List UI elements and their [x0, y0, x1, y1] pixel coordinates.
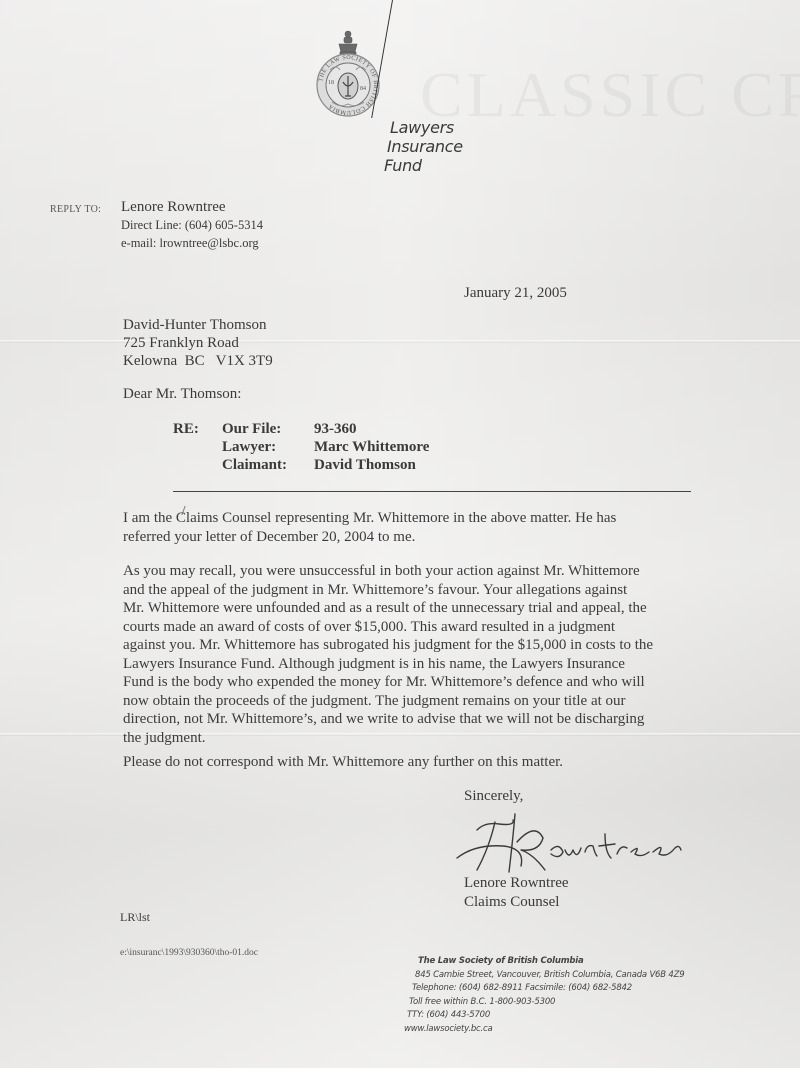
paper-watermark: CLASSIC CREST	[420, 58, 800, 132]
reference-initials: LR\lst	[120, 910, 150, 925]
letterhead-footer: The Law Society of British Columbia 845 …	[404, 955, 684, 1036]
seal-year-right: 84	[360, 86, 366, 92]
re-row: Lawyer: Marc Whittemore	[173, 438, 429, 456]
body-line: direction, not Mr. Whittemore’s, and we …	[123, 710, 800, 729]
reply-to-direct-line: Direct Line: (604) 605-5314	[121, 216, 263, 234]
recipient-street: 725 Franklyn Road	[123, 334, 273, 352]
logo-line: Insurance	[384, 137, 463, 156]
letter-date: January 21, 2005	[464, 285, 567, 302]
footer-address: 845 Cambie Street, Vancouver, British Co…	[404, 969, 684, 983]
body-line: I am the Claims Counsel representing Mr.…	[123, 509, 800, 528]
footer-tty: TTY: (604) 443-5700	[404, 1009, 684, 1023]
body-paragraph-3: Please do not correspond with Mr. Whitte…	[123, 753, 800, 772]
body-line: against you. Mr. Whittemore has subrogat…	[123, 636, 800, 655]
reply-to-email: e-mail: lrowntree@lsbc.org	[121, 234, 263, 252]
re-key: Lawyer:	[222, 438, 314, 456]
body-line: now obtain the proceeds of the judgment.…	[123, 692, 800, 711]
body-line: As you may recall, you were unsuccessful…	[123, 562, 800, 581]
logo-line: Lawyers	[384, 118, 463, 137]
re-tag: RE:	[173, 420, 222, 438]
body-line: Please do not correspond with Mr. Whitte…	[123, 753, 800, 772]
body-line: Fund is the body who expended the money …	[123, 673, 800, 692]
law-society-seal-icon: THE LAW SOCIETY OF BRITISH COLUMBIA 18 8…	[310, 30, 386, 118]
body-line: the judgment.	[123, 729, 800, 748]
signer-block: Lenore Rowntree Claims Counsel	[464, 874, 569, 912]
body-line: referred your letter of December 20, 200…	[123, 528, 800, 547]
re-value: Marc Whittemore	[314, 438, 429, 456]
recipient-address: David-Hunter Thomson 725 Franklyn Road K…	[123, 316, 273, 370]
re-key: Claimant:	[222, 456, 314, 474]
reply-to-label: REPLY TO:	[50, 204, 101, 215]
salutation: Dear Mr. Thomson:	[123, 386, 241, 403]
re-row: Claimant: David Thomson	[173, 456, 429, 474]
re-block: RE: Our File: 93-360 Lawyer: Marc Whitte…	[173, 420, 429, 474]
re-value: David Thomson	[314, 456, 429, 474]
body-line: Mr. Whittemore were unfounded and as a r…	[123, 599, 800, 618]
seal-year-left: 18	[328, 80, 334, 86]
footer-website: www.lawsociety.bc.ca	[404, 1023, 684, 1037]
body-line: courts made an award of costs of over $1…	[123, 618, 800, 637]
signer-name: Lenore Rowntree	[464, 874, 569, 893]
re-row: RE: Our File: 93-360	[173, 420, 429, 438]
footer-toll-free: Toll free within B.C. 1-800-903-5300	[404, 996, 684, 1010]
body-line: and the appeal of the judgment in Mr. Wh…	[123, 581, 800, 600]
recipient-city: Kelowna BC V1X 3T9	[123, 352, 273, 370]
paper-fold-crease	[0, 340, 800, 343]
body-line: Lawyers Insurance Fund. Although judgmen…	[123, 655, 800, 674]
body-paragraph-1: I am the Claims Counsel representing Mr.…	[123, 509, 800, 546]
body-paragraph-2: As you may recall, you were unsuccessful…	[123, 562, 800, 747]
logo-line: Fund	[384, 156, 463, 175]
re-value: 93-360	[314, 420, 429, 438]
closing: Sincerely,	[464, 788, 523, 805]
lawyers-insurance-fund-logo: Lawyers Insurance Fund	[384, 118, 463, 175]
signer-title: Claims Counsel	[464, 893, 569, 912]
re-key: Our File:	[222, 420, 314, 438]
recipient-name: David-Hunter Thomson	[123, 316, 273, 334]
footer-organization: The Law Society of British Columbia	[404, 955, 684, 969]
re-divider-rule	[173, 491, 691, 492]
handwritten-signature-icon	[455, 808, 715, 880]
reply-to-block: Lenore Rowntree Direct Line: (604) 605-5…	[121, 198, 263, 252]
document-file-path: e:\insuranc\1993\930360\tho-01.doc	[120, 948, 258, 958]
footer-phone-fax: Telephone: (604) 682-8911 Facsimile: (60…	[404, 982, 684, 996]
reply-to-name: Lenore Rowntree	[121, 198, 263, 216]
